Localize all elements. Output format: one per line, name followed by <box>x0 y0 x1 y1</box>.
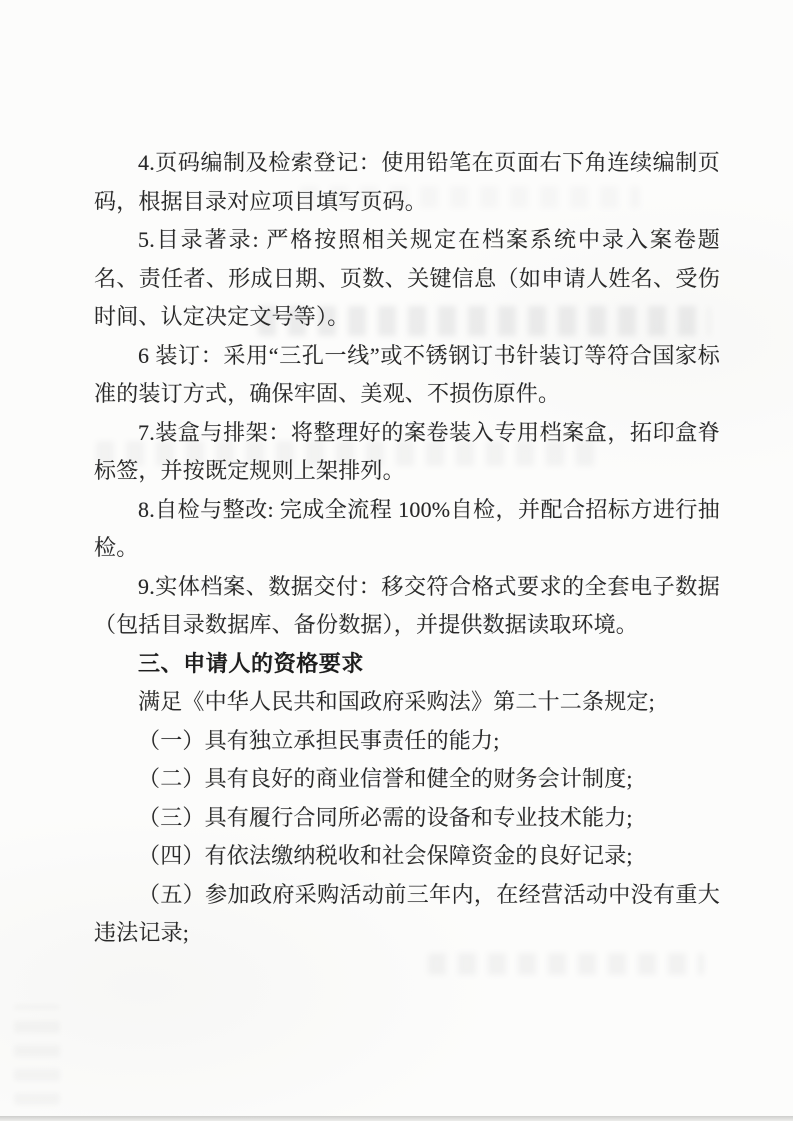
section-heading-applicant-qualifications: 三、申请人的资格要求 <box>94 645 720 684</box>
bleed-through-artifact <box>428 953 704 975</box>
paragraph-item-8-self-inspection: 8.自检与整改: 完成全流程 100%自检，并配合招标方进行抽检。 <box>94 491 720 568</box>
paragraph-qualification-item-4: （四）有依法缴纳税收和社会保障资金的良好记录; <box>94 837 720 876</box>
scanner-edge-shadow <box>0 1116 793 1121</box>
paragraph-qualification-item-2: （二）具有良好的商业信誉和健全的财务会计制度; <box>94 760 720 799</box>
paragraph-item-4-page-numbering: 4.页码编制及检索登记：使用铅笔在页面右下角连续编制页码，根据目录对应项目填写页… <box>94 144 720 221</box>
bleed-through-artifact <box>14 1005 60 1105</box>
paragraph-qualification-item-5: （五）参加政府采购活动前三年内，在经营活动中没有重大违法记录; <box>94 876 720 953</box>
paragraph-item-6-binding: 6 装订：采用“三孔一线”或不锈钢订书针装订等符合国家标准的装订方式，确保牢固、… <box>94 337 720 414</box>
paragraph-qualification-intro: 满足《中华人民共和国政府采购法》第二十二条规定; <box>94 683 720 722</box>
paragraph-qualification-item-3: （三）具有履行合同所必需的设备和专业技术能力; <box>94 799 720 838</box>
scanned-document-page: 4.页码编制及检索登记：使用铅笔在页面右下角连续编制页码，根据目录对应项目填写页… <box>0 0 793 1121</box>
paragraph-item-9-delivery: 9.实体档案、数据交付：移交符合格式要求的全套电子数据（包括目录数据库、备份数据… <box>94 568 720 645</box>
paragraph-qualification-item-1: （一）具有独立承担民事责任的能力; <box>94 722 720 761</box>
paragraph-item-7-boxing-shelving: 7.装盒与排架：将整理好的案卷装入专用档案盒，拓印盒脊标签，并按既定规则上架排列… <box>94 414 720 491</box>
paragraph-item-5-catalog-entry: 5.目录著录: 严格按照相关规定在档案系统中录入案卷题名、责任者、形成日期、页数… <box>94 221 720 337</box>
document-body: 4.页码编制及检索登记：使用铅笔在页面右下角连续编制页码，根据目录对应项目填写页… <box>94 144 720 953</box>
